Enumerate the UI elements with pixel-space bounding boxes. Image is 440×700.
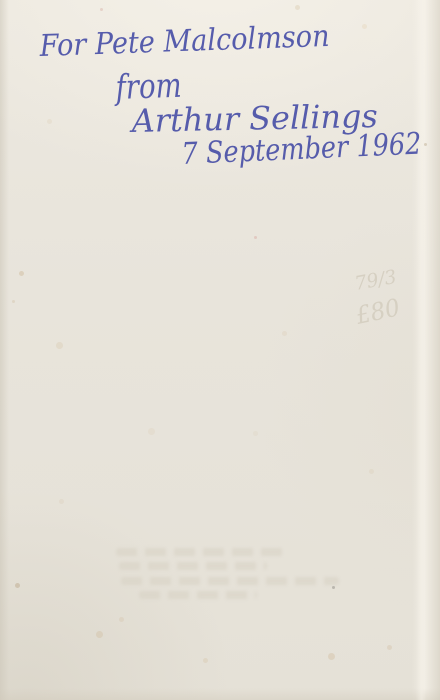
pencil-code-mark: 79/3 [353,266,398,295]
book-flyleaf-page: For Pete Malcolmson from Arthur Sellings… [0,0,440,700]
pencil-price-marks: 79/3 £80 [352,266,402,330]
inscription-recipient-line: For Pete Malcolmson [38,19,330,64]
writing-layer: For Pete Malcolmson from Arthur Sellings… [0,0,440,700]
pencil-price-mark: £80 [352,293,402,330]
handwritten-inscription: For Pete Malcolmson from Arthur Sellings… [38,19,422,172]
